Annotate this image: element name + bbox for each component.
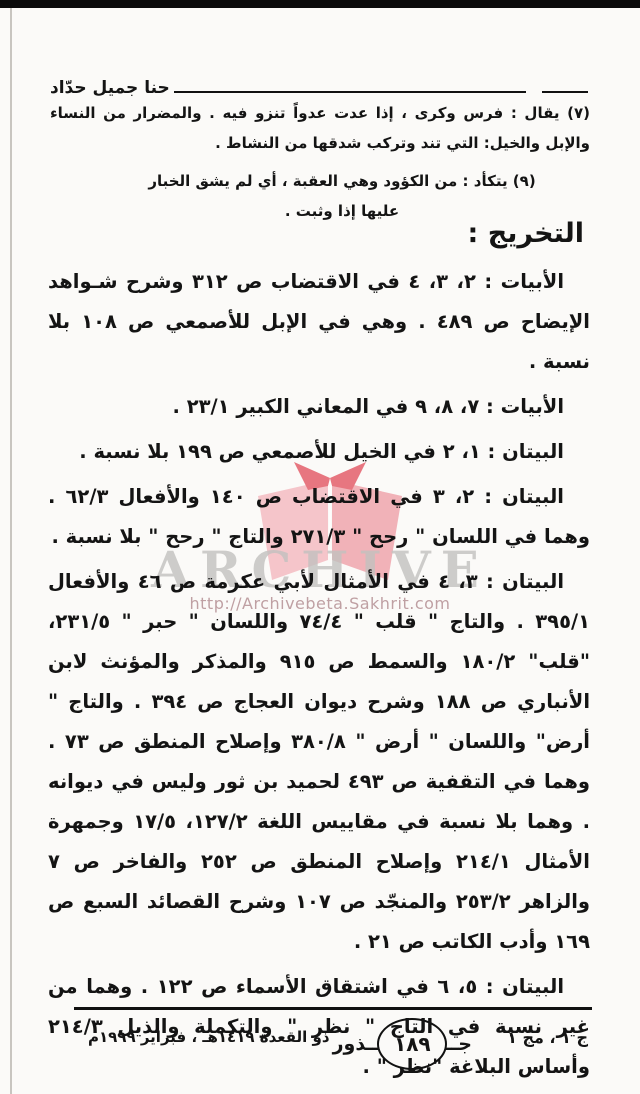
scanned-book-page: { "page": { "header": { "author": "حنا ج… (0, 0, 640, 1094)
scan-top-border (0, 0, 640, 8)
paragraph-baytan-23: البيتان : ٢، ٣ في الاقتضاب ص ١٤٠ والأفعا… (48, 477, 590, 557)
paragraph-baytan-56: البيتان : ٥، ٦ في اشتقاق الأسماء ص ١٢٢ .… (48, 967, 590, 1087)
section-title-takhrij: التخريج : (468, 216, 584, 251)
author-name: حنا جميل حدّاد (50, 78, 170, 98)
header-rule-dash (542, 91, 588, 93)
paragraph-abyat-234: الأبيات : ٢، ٣، ٤ في الاقتضاب ص ٣١٢ وشرح… (48, 262, 590, 382)
header-rule (174, 91, 526, 93)
page-header: حنا جميل حدّاد (50, 68, 588, 98)
paragraph-abyat-789: الأبيات : ٧، ٨، ٩ في المعاني الكبير ٢٣/١… (48, 387, 590, 427)
paragraph-baytan-34: البيتان : ٣، ٤ في الأمثال لأبي عكرمة ص ٤… (48, 562, 590, 962)
takhrij-paragraphs: الأبيات : ٢، ٣، ٤ في الاقتضاب ص ٣١٢ وشرح… (48, 262, 590, 1092)
footnote-7: (٧) يقال : فرس وكرى ، إذا عدت عدواً تنزو… (48, 98, 592, 158)
footnotes-block: (٧) يقال : فرس وكرى ، إذا عدت عدواً تنزو… (48, 98, 592, 226)
paragraph-baytan-12: البيتان : ١، ٢ في الخيل للأصمعي ص ١٩٩ بل… (48, 432, 590, 472)
